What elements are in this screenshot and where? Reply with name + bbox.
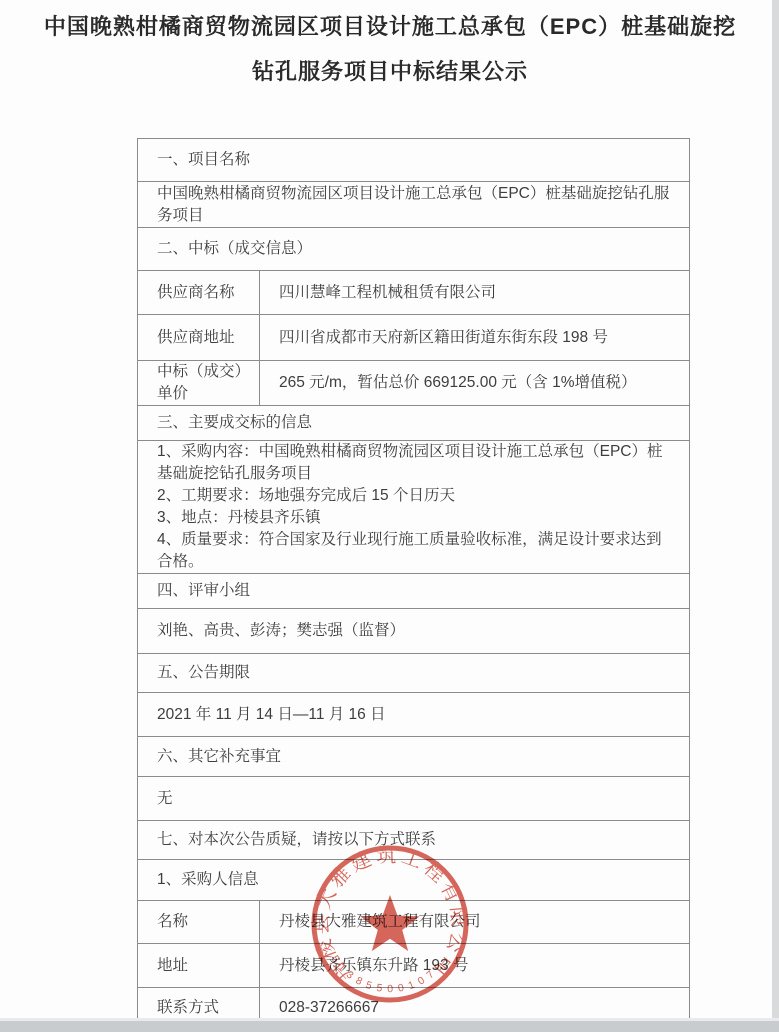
location-line: 3、地点：丹棱县齐乐镇 bbox=[157, 507, 677, 529]
supplement-cell: 无 bbox=[138, 777, 690, 821]
scan-edge-right bbox=[772, 0, 779, 1032]
table-row: 中国晚熟柑橘商贸物流园区项目设计施工总承包（EPC）桩基础旋挖钻孔服务项目 bbox=[138, 182, 690, 228]
page: { "document": { "title_line1": "中国晚熟柑橘商贸… bbox=[0, 0, 779, 1032]
section3-header-cell: 三、主要成交标的信息 bbox=[138, 406, 690, 441]
table-row: 供应商地址 四川省成都市天府新区籍田街道东街东段 198 号 bbox=[138, 315, 690, 361]
table-row: 名称 丹棱县大雅建筑工程有限公司 bbox=[138, 901, 690, 944]
table-row: 一、项目名称 bbox=[138, 139, 690, 182]
purchaser-header-cell: 1、采购人信息 bbox=[138, 860, 690, 901]
table-row: 1、采购内容：中国晚熟柑橘商贸物流园区项目设计施工总承包（EPC）桩基础旋挖钻孔… bbox=[138, 441, 690, 574]
section2-header-cell: 二、中标（成交信息） bbox=[138, 228, 690, 271]
table-row: 六、其它补充事宜 bbox=[138, 737, 690, 777]
schedule-requirement-line: 2、工期要求：场地强夯完成后 15 个日历天 bbox=[157, 485, 677, 507]
quality-requirement-line: 4、质量要求：符合国家及行业现行施工质量验收标准，满足设计要求达到合格。 bbox=[157, 529, 677, 573]
table-row: 三、主要成交标的信息 bbox=[138, 406, 690, 441]
table-row: 2021 年 11 月 14 日—11 月 16 日 bbox=[138, 693, 690, 737]
page-title: 中国晚熟柑橘商贸物流园区项目设计施工总承包（EPC）桩基础旋挖 钻孔服务项目中标… bbox=[40, 13, 740, 86]
table-row: 七、对本次公告质疑，请按以下方式联系 bbox=[138, 821, 690, 860]
announcement-period-cell: 2021 年 11 月 14 日—11 月 16 日 bbox=[138, 693, 690, 737]
page-title-line2: 钻孔服务项目中标结果公示 bbox=[40, 58, 740, 86]
section7-header-cell: 七、对本次公告质疑，请按以下方式联系 bbox=[138, 821, 690, 860]
purchaser-name-label-cell: 名称 bbox=[138, 901, 260, 944]
section6-header-cell: 六、其它补充事宜 bbox=[138, 737, 690, 777]
supplier-address-value-cell: 四川省成都市天府新区籍田街道东街东段 198 号 bbox=[260, 315, 690, 361]
supplier-name-label-cell: 供应商名称 bbox=[138, 271, 260, 315]
table-row: 无 bbox=[138, 777, 690, 821]
table-row: 二、中标（成交信息） bbox=[138, 228, 690, 271]
supplier-address-label-cell: 供应商地址 bbox=[138, 315, 260, 361]
section5-header-cell: 五、公告期限 bbox=[138, 654, 690, 693]
announcement-table: 一、项目名称 中国晚熟柑橘商贸物流园区项目设计施工总承包（EPC）桩基础旋挖钻孔… bbox=[137, 138, 690, 1029]
table-row: 刘艳、高贵、彭涛；樊志强（监督） bbox=[138, 609, 690, 654]
procurement-content-line: 1、采购内容：中国晚熟柑橘商贸物流园区项目设计施工总承包（EPC）桩基础旋挖钻孔… bbox=[157, 441, 677, 485]
table-row: 供应商名称 四川慧峰工程机械租赁有限公司 bbox=[138, 271, 690, 315]
scan-edge-bottom bbox=[0, 1018, 779, 1032]
table-row: 1、采购人信息 bbox=[138, 860, 690, 901]
page-title-line1: 中国晚熟柑橘商贸物流园区项目设计施工总承包（EPC）桩基础旋挖 bbox=[40, 13, 740, 41]
price-value-cell: 265 元/m，暂估总价 669125.00 元（含 1%增值税） bbox=[260, 361, 690, 406]
purchaser-name-value-cell: 丹棱县大雅建筑工程有限公司 bbox=[260, 901, 690, 944]
review-panel-cell: 刘艳、高贵、彭涛；樊志强（监督） bbox=[138, 609, 690, 654]
price-label-cell: 中标（成交）单价 bbox=[138, 361, 260, 406]
purchaser-address-value-cell: 丹棱县齐乐镇东升路 193 号 bbox=[260, 944, 690, 988]
table-row: 中标（成交）单价 265 元/m，暂估总价 669125.00 元（含 1%增值… bbox=[138, 361, 690, 406]
section3-content-cell: 1、采购内容：中国晚熟柑橘商贸物流园区项目设计施工总承包（EPC）桩基础旋挖钻孔… bbox=[138, 441, 690, 574]
purchaser-address-label-cell: 地址 bbox=[138, 944, 260, 988]
table-row: 四、评审小组 bbox=[138, 574, 690, 609]
section1-header-cell: 一、项目名称 bbox=[138, 139, 690, 182]
table-row: 五、公告期限 bbox=[138, 654, 690, 693]
section1-content-cell: 中国晚熟柑橘商贸物流园区项目设计施工总承包（EPC）桩基础旋挖钻孔服务项目 bbox=[138, 182, 690, 228]
supplier-name-value-cell: 四川慧峰工程机械租赁有限公司 bbox=[260, 271, 690, 315]
section4-header-cell: 四、评审小组 bbox=[138, 574, 690, 609]
table-row: 地址 丹棱县齐乐镇东升路 193 号 bbox=[138, 944, 690, 988]
